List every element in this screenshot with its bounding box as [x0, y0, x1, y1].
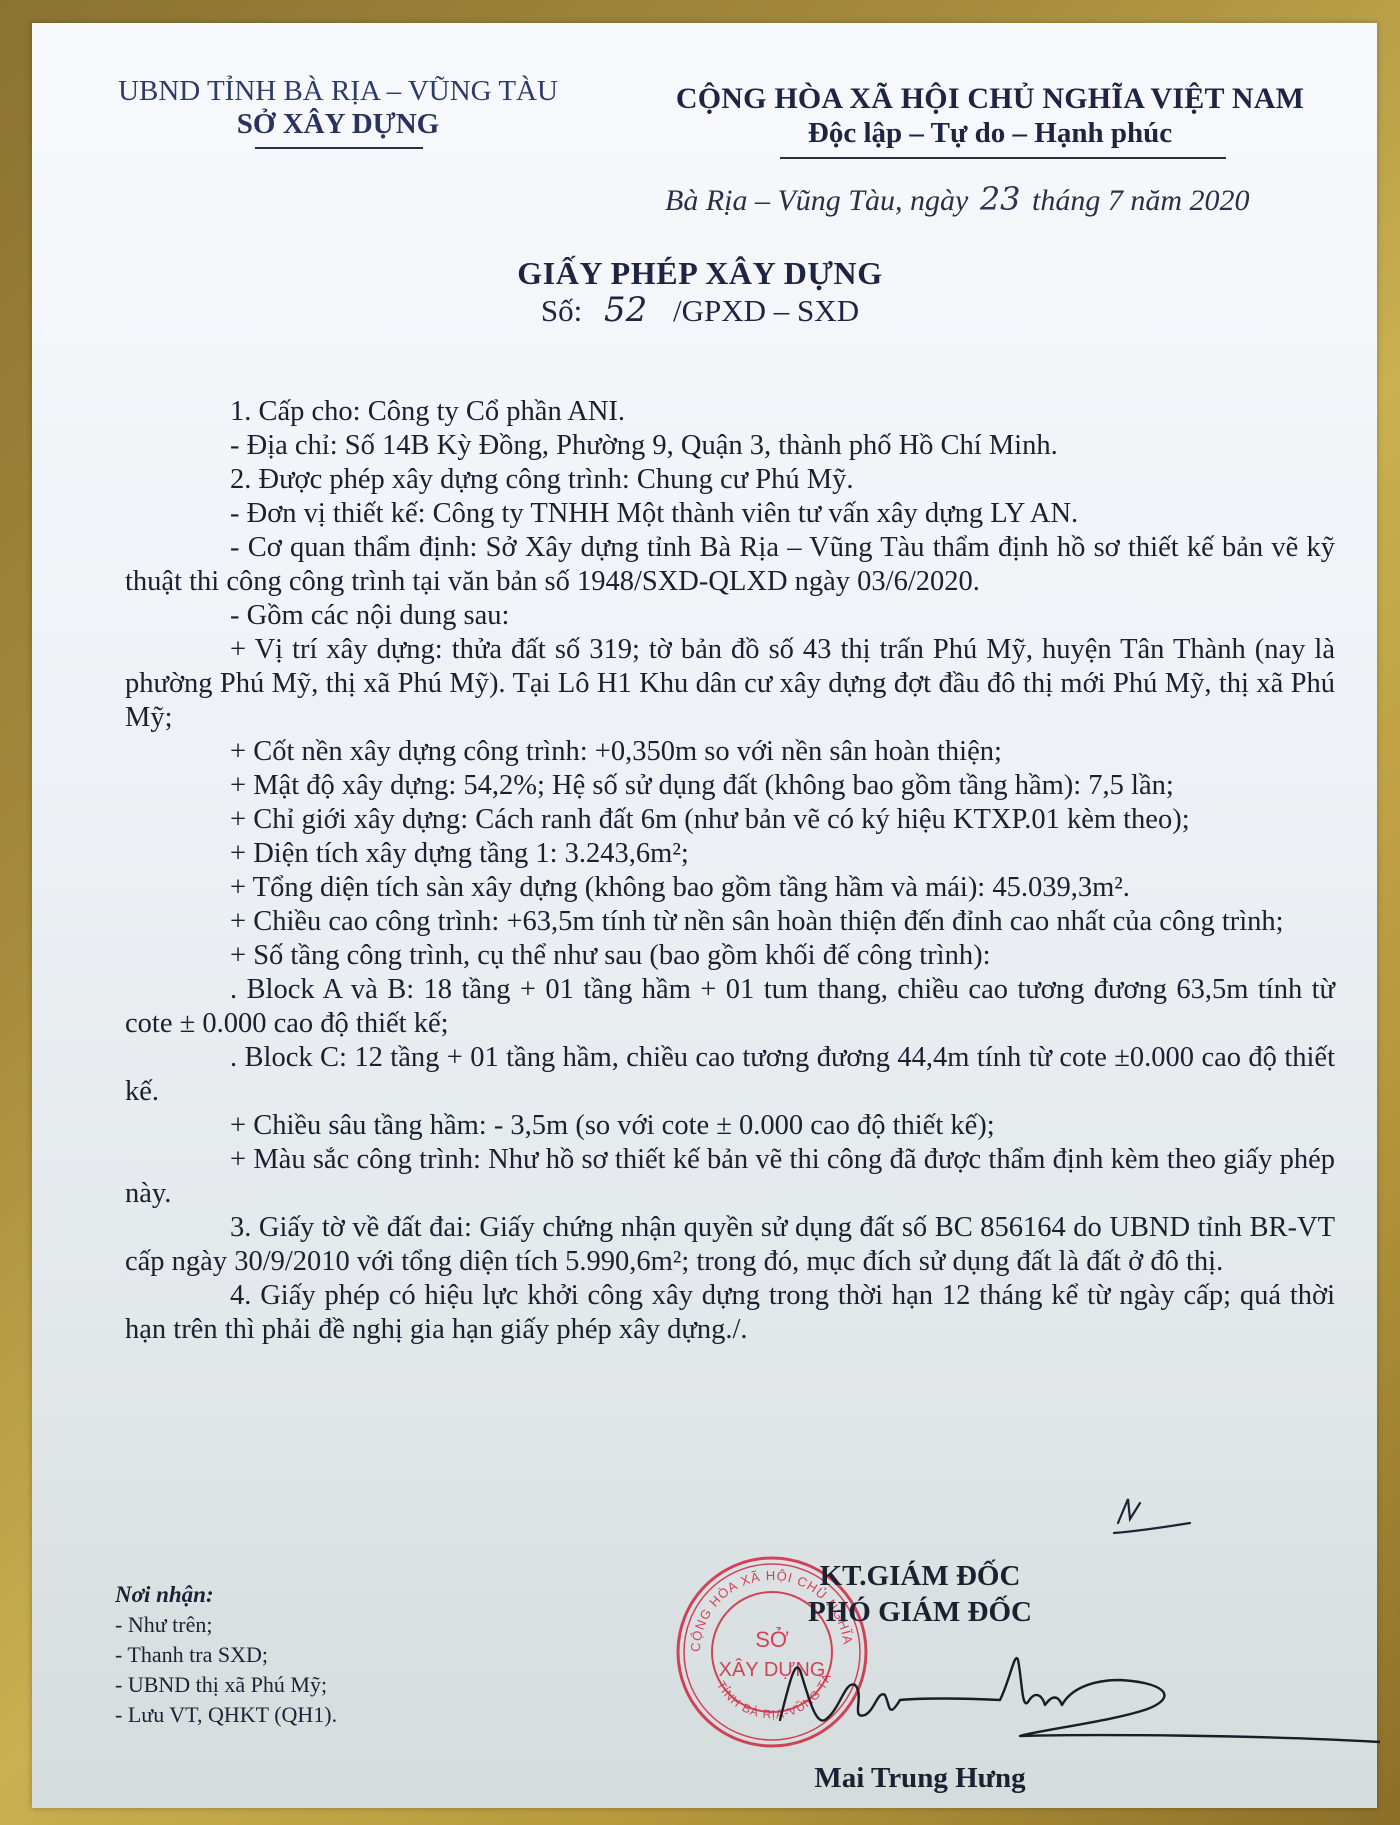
- body-paragraph: - Gồm các nội dung sau:: [125, 599, 1335, 633]
- dateline: Bà Rịa – Vũng Tàu, ngày 23 tháng 7 năm 2…: [665, 180, 1250, 218]
- permit-number-suffix: /GPXD – SXD: [673, 293, 859, 328]
- body-paragraph: + Số tầng công trình, cụ thể như sau (ba…: [125, 939, 1335, 973]
- body-paragraph: + Mật độ xây dựng: 54,2%; Hệ số sử dụng …: [125, 769, 1335, 803]
- body-paragraph: + Màu sắc công trình: Như hồ sơ thiết kế…: [125, 1143, 1335, 1211]
- signatory-title-line1: KT.GIÁM ĐỐC: [700, 1558, 1140, 1594]
- header-right-underline: [780, 157, 1226, 159]
- dateline-prefix: Bà Rịa – Vũng Tàu, ngày: [665, 184, 968, 217]
- handwritten-initial-mark: [1110, 1493, 1200, 1543]
- body-paragraph: - Địa chỉ: Số 14B Kỳ Đồng, Phường 9, Quậ…: [125, 429, 1335, 463]
- dateline-day-handwritten: 23: [980, 180, 1021, 218]
- recipients-heading: Nơi nhận:: [115, 1580, 337, 1610]
- signatory-name: Mai Trung Hưng: [700, 1762, 1140, 1795]
- recipient-item: - Như trên;: [115, 1610, 337, 1640]
- body-paragraph: + Diện tích xây dựng tầng 1: 3.243,6m²;: [125, 837, 1335, 871]
- recipient-item: - UBND thị xã Phú Mỹ;: [115, 1670, 337, 1700]
- permit-number-prefix: Số:: [541, 293, 582, 328]
- national-title: CỘNG HÒA XÃ HỘI CHỦ NGHĨA VIỆT NAM: [630, 82, 1350, 116]
- recipients-block: Nơi nhận: - Như trên; - Thanh tra SXD; -…: [115, 1580, 337, 1730]
- document-title: GIẤY PHÉP XÂY DỰNG: [0, 255, 1400, 292]
- dateline-suffix: tháng 7 năm 2020: [1032, 184, 1250, 217]
- handwritten-signature: [760, 1640, 1380, 1750]
- recipient-item: - Lưu VT, QHKT (QH1).: [115, 1700, 337, 1730]
- signatory-title: KT.GIÁM ĐỐC PHÓ GIÁM ĐỐC: [700, 1558, 1140, 1630]
- body-paragraph: + Vị trí xây dựng: thửa đất số 319; tờ b…: [125, 633, 1335, 735]
- body-paragraph: - Đơn vị thiết kế: Công ty TNHH Một thàn…: [125, 497, 1335, 531]
- body-paragraph: + Chiều cao công trình: +63,5m tính từ n…: [125, 905, 1335, 939]
- permit-number: Số: 52 /GPXD – SXD: [0, 290, 1400, 330]
- body-paragraph: . Block C: 12 tầng + 01 tầng hầm, chiều …: [125, 1041, 1335, 1109]
- body-paragraph: + Tổng diện tích sàn xây dựng (không bao…: [125, 871, 1335, 905]
- signatory-title-line2: PHÓ GIÁM ĐỐC: [700, 1594, 1140, 1630]
- body-paragraph: . Block A và B: 18 tầng + 01 tầng hầm + …: [125, 973, 1335, 1041]
- header-left-underline: [255, 147, 423, 149]
- national-motto: Độc lập – Tự do – Hạnh phúc: [630, 117, 1350, 150]
- recipient-item: - Thanh tra SXD;: [115, 1640, 337, 1670]
- body-paragraph: + Chiều sâu tầng hầm: - 3,5m (so với cot…: [125, 1109, 1335, 1143]
- body-paragraph: 1. Cấp cho: Công ty Cổ phần ANI.: [125, 395, 1335, 429]
- body-paragraph: 4. Giấy phép có hiệu lực khởi công xây d…: [125, 1279, 1335, 1347]
- body-paragraph: + Cốt nền xây dựng công trình: +0,350m s…: [125, 735, 1335, 769]
- body-paragraph: - Cơ quan thẩm định: Sở Xây dựng tỉnh Bà…: [125, 531, 1335, 599]
- body-paragraph: + Chỉ giới xây dựng: Cách ranh đất 6m (n…: [125, 803, 1335, 837]
- body-paragraph: 3. Giấy tờ về đất đai: Giấy chứng nhận q…: [125, 1211, 1335, 1279]
- body-paragraph: 2. Được phép xây dựng công trình: Chung …: [125, 463, 1335, 497]
- permit-number-handwritten: 52: [604, 290, 647, 330]
- issuing-authority: UBND TỈNH BÀ RỊA – VŨNG TÀU: [88, 75, 588, 108]
- issuing-department: SỞ XÂY DỰNG: [88, 108, 588, 141]
- document-body: 1. Cấp cho: Công ty Cổ phần ANI. - Địa c…: [125, 395, 1335, 1347]
